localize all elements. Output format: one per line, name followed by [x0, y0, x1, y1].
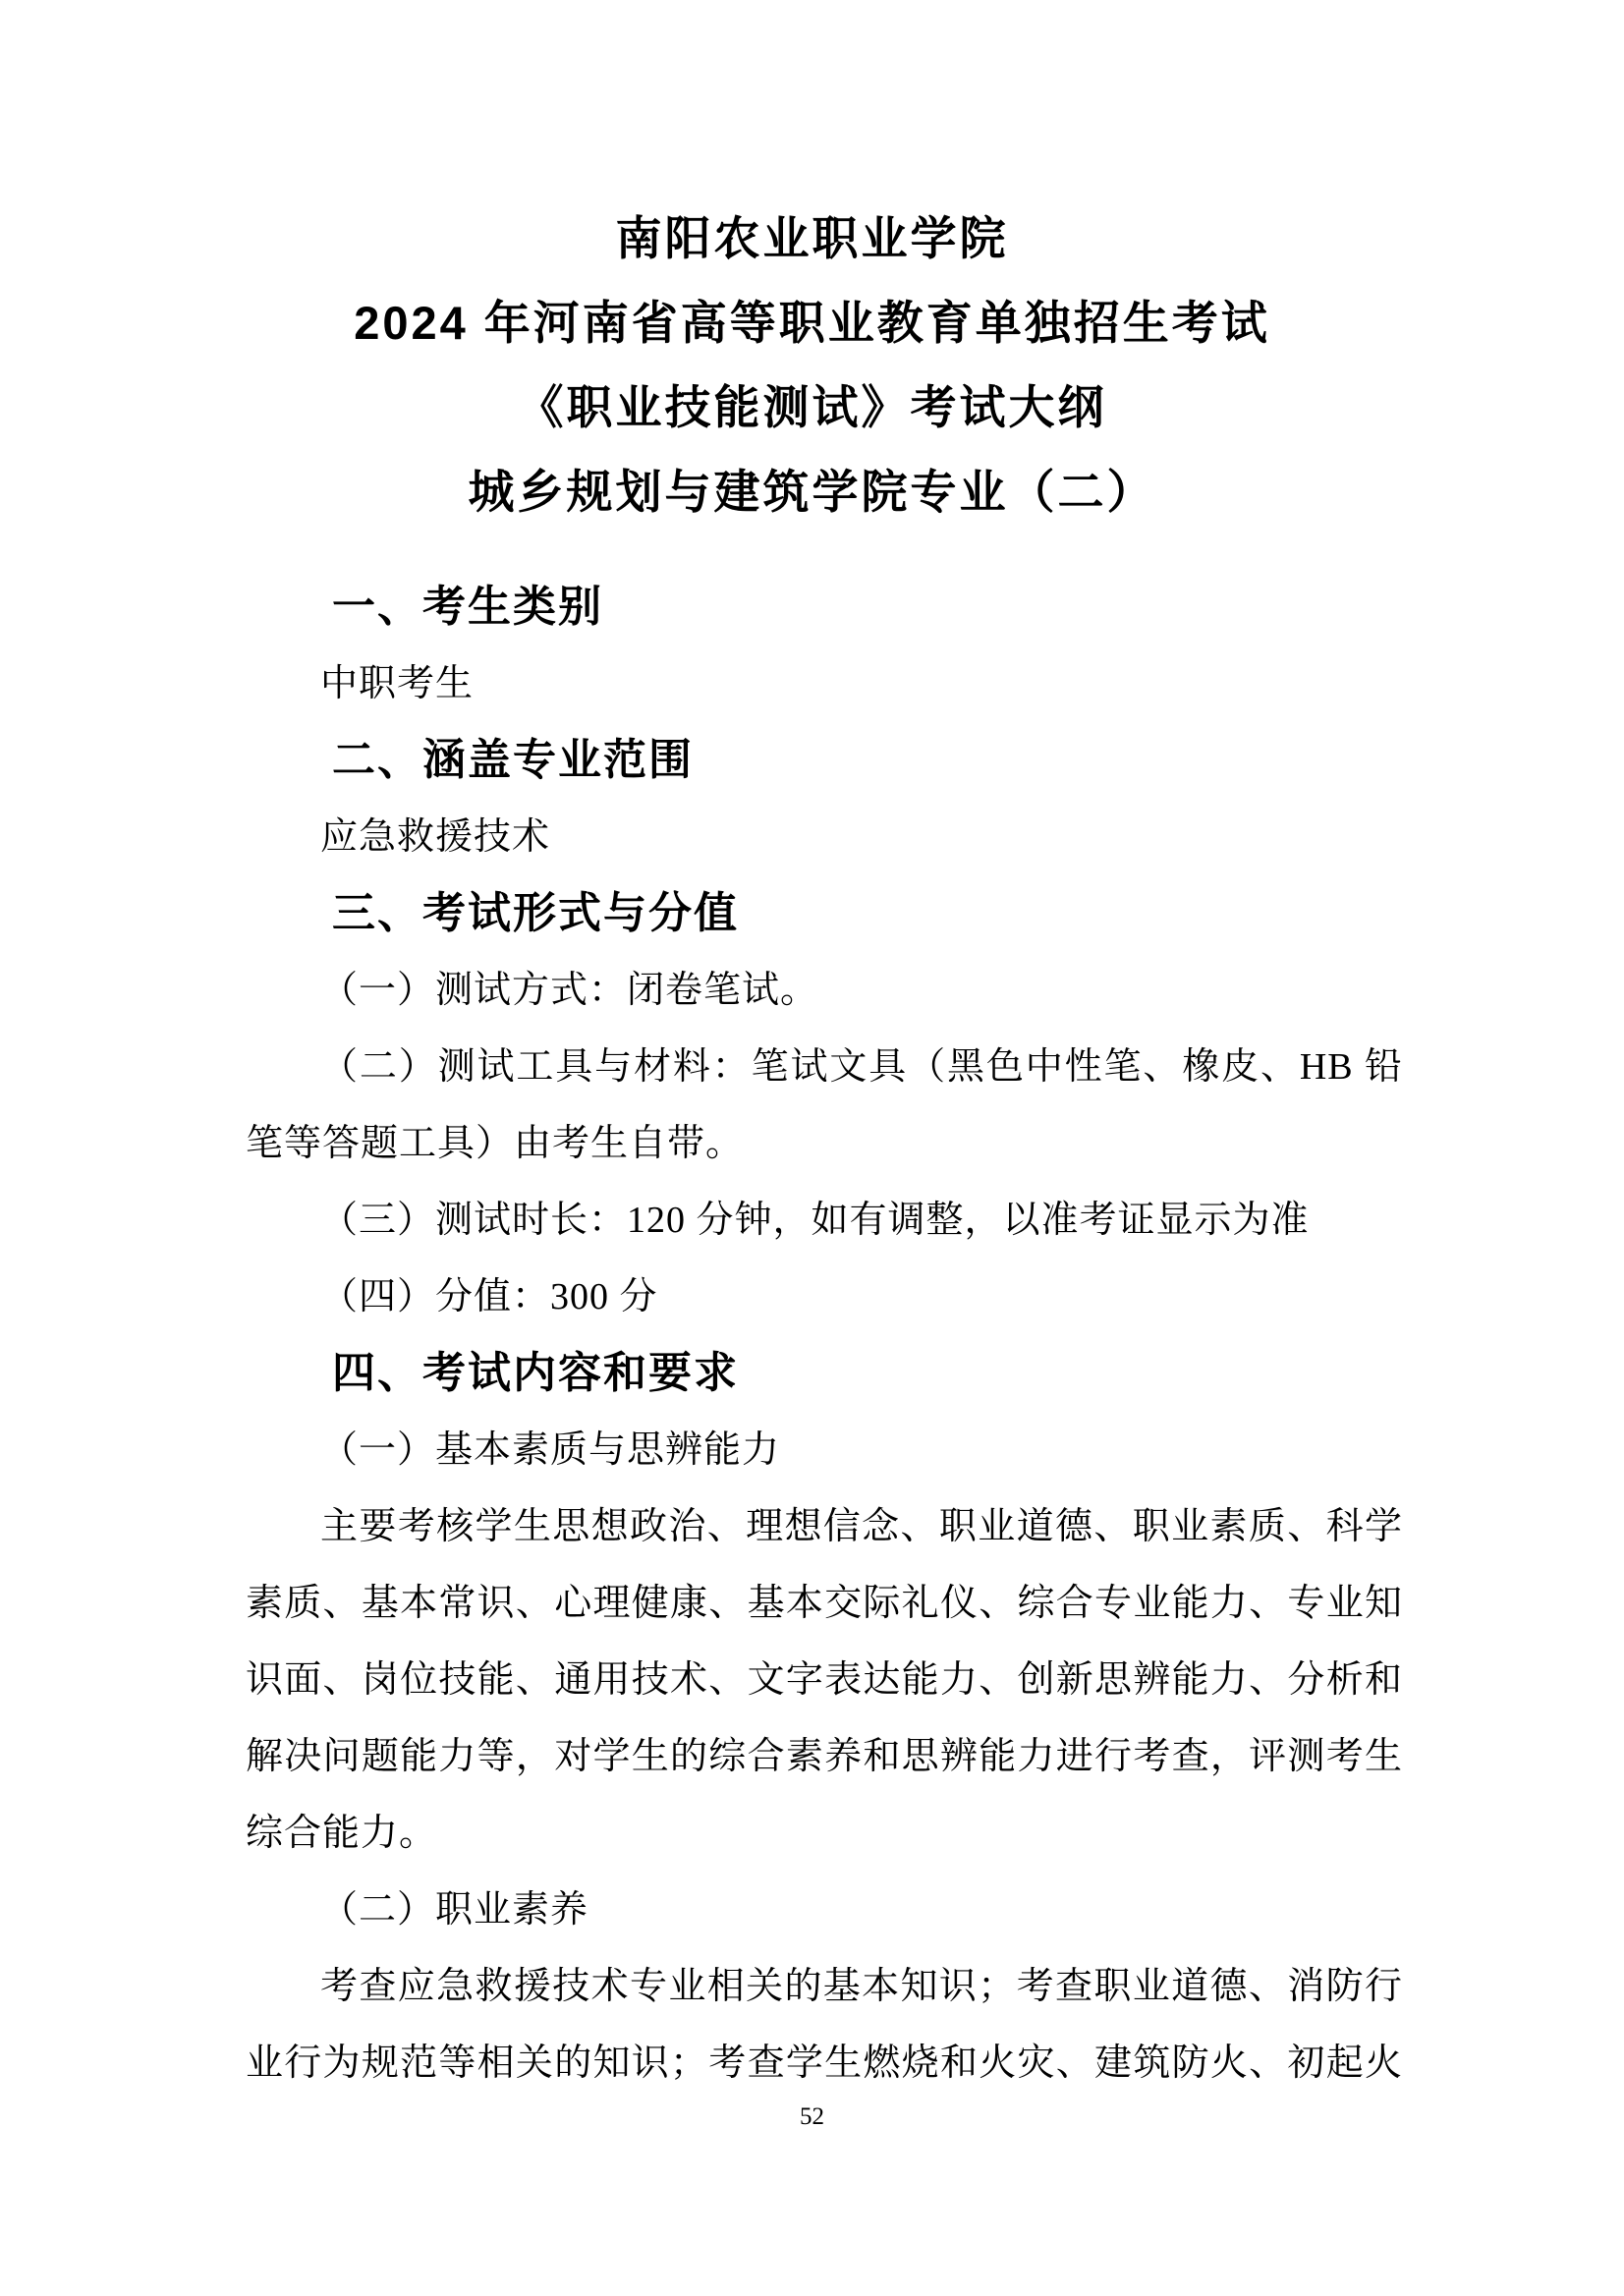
document-body: 一、考生类别 中职考生 二、涵盖专业范围 应急救援技术 三、考试形式与分值 （一…: [246, 569, 1403, 2101]
paragraph-line: 解决问题能力等，对学生的综合素养和思辨能力进行考查，评测考生: [246, 1718, 1403, 1795]
doc-title-exam: 2024 年河南省高等职业教育单独招生考试: [0, 281, 1624, 365]
section-heading-exam-format: 三、考试形式与分值: [246, 875, 1403, 952]
page-number: 52: [800, 2103, 824, 2131]
paragraph-line: 主要考核学生思想政治、理想信念、职业道德、职业素质、科学: [246, 1488, 1403, 1565]
text-line: 应急救援技术: [246, 799, 1403, 875]
document-page: 南阳农业职业学院 2024 年河南省高等职业教育单独招生考试 《职业技能测试》考…: [0, 0, 1624, 2296]
subsection-heading: （一）基本素质与思辨能力: [246, 1412, 1403, 1488]
paragraph-line: 素质、基本常识、心理健康、基本交际礼仪、综合专业能力、专业知: [246, 1565, 1403, 1642]
paragraph-line: 识面、岗位技能、通用技术、文字表达能力、创新思辨能力、分析和: [246, 1642, 1403, 1718]
paragraph-line: （二）测试工具与材料：笔试文具（黑色中性笔、橡皮、HB 铅: [246, 1029, 1403, 1105]
doc-title-major: 城乡规划与建筑学院专业（二）: [0, 450, 1624, 534]
paragraph-line: 笔等答题工具）由考生自带。: [246, 1105, 1403, 1182]
text-line: （一）测试方式：闭卷笔试。: [246, 952, 1403, 1029]
paragraph-line: 综合能力。: [246, 1795, 1403, 1872]
section-heading-major-scope: 二、涵盖专业范围: [246, 722, 1403, 799]
document-title-block: 南阳农业职业学院 2024 年河南省高等职业教育单独招生考试 《职业技能测试》考…: [0, 0, 1624, 534]
paragraph-line: 考查应急救援技术专业相关的基本知识；考查职业道德、消防行: [246, 1948, 1403, 2025]
section-heading-candidate-category: 一、考生类别: [246, 569, 1403, 645]
page-footer: 52: [0, 2101, 1624, 2296]
text-line: 中职考生: [246, 645, 1403, 722]
section-heading-exam-content: 四、考试内容和要求: [246, 1335, 1403, 1412]
text-line: （三）测试时长：120 分钟，如有调整，以准考证显示为准: [246, 1182, 1403, 1259]
doc-title-school: 南阳农业职业学院: [0, 196, 1624, 281]
paragraph-line: 业行为规范等相关的知识；考查学生燃烧和火灾、建筑防火、初起火: [246, 2025, 1403, 2101]
text-line: （四）分值：300 分: [246, 1259, 1403, 1335]
subsection-heading: （二）职业素养: [246, 1872, 1403, 1948]
doc-title-outline: 《职业技能测试》考试大纲: [0, 365, 1624, 450]
